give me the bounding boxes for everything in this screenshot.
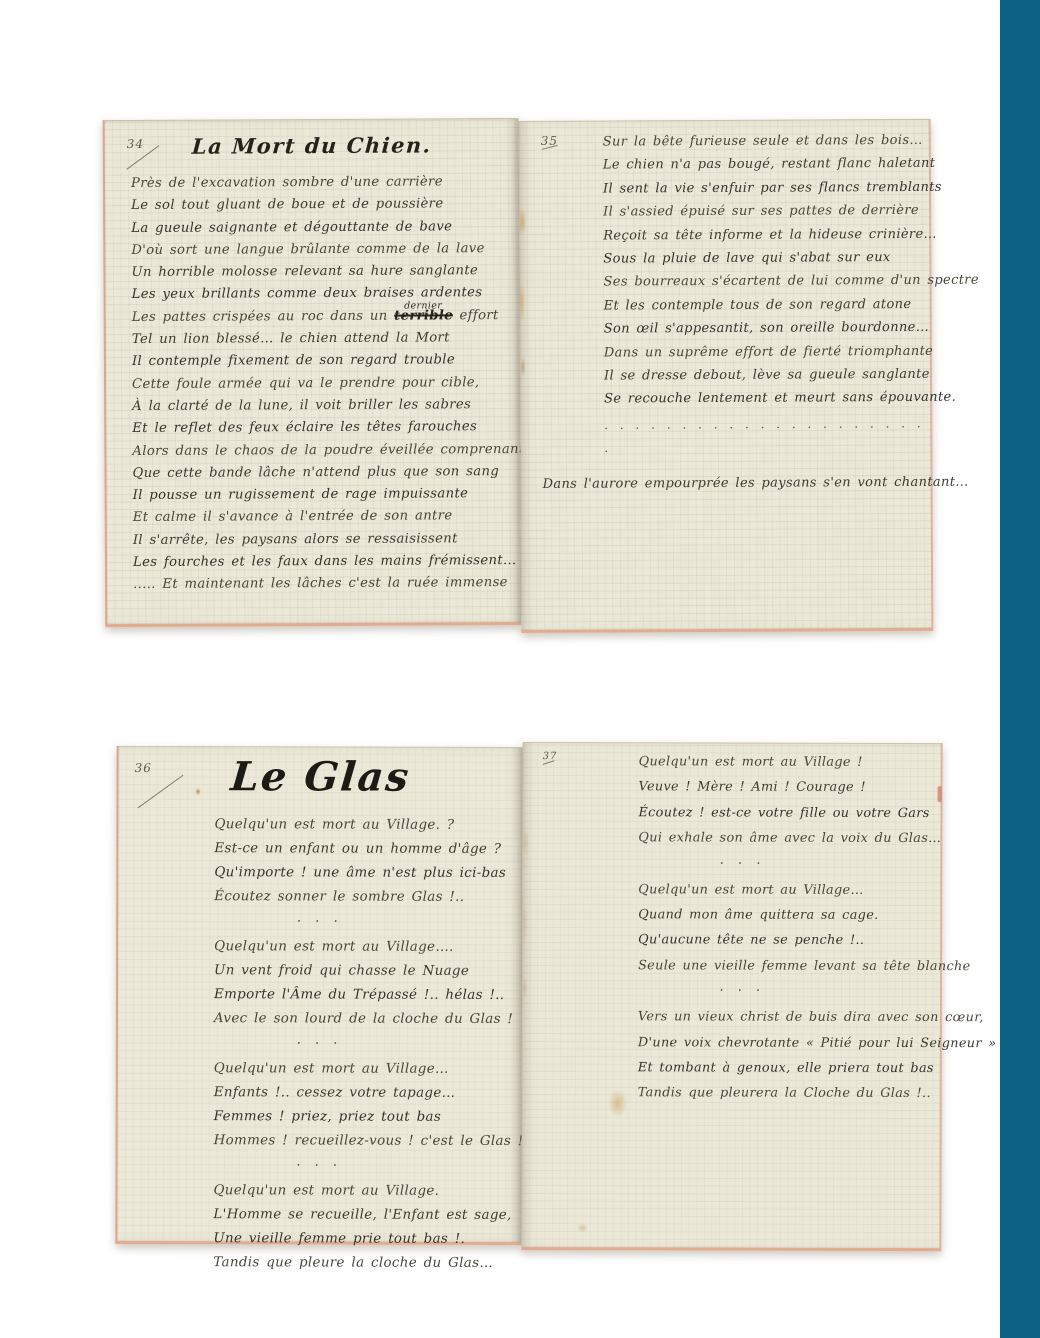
poem-line: Et calme il s'avance à l'entrée de son a… bbox=[133, 505, 513, 529]
poem-line: Seule une vieille femme levant sa tête b… bbox=[638, 953, 936, 979]
stanza: Quelqu'un est mort au Village… Enfants !… bbox=[214, 1057, 516, 1154]
poem-line: Se recouche lentement et meurt sans épou… bbox=[604, 386, 926, 411]
poem-line: Et les contemple tous de son regard aton… bbox=[604, 293, 926, 318]
poem-line: Les fourches et les faux dans les mains … bbox=[133, 550, 513, 574]
paper-stain bbox=[604, 1083, 632, 1123]
stanza-separator: · · · bbox=[214, 909, 425, 936]
page-number: 35 bbox=[541, 134, 558, 148]
stanza-separator: · · · bbox=[214, 1031, 425, 1058]
poem-line: Qu'aucune tête ne se penche !.. bbox=[638, 928, 936, 954]
poem-line: Et le reflet des feux éclaire les têtes … bbox=[132, 416, 512, 440]
manuscript-page-37: 37 Quelqu'un est mort au Village ! Veuve… bbox=[521, 742, 942, 1251]
poem-line: Femmes ! priez, priez tout bas bbox=[214, 1105, 516, 1130]
closing-line: Dans l'aurore empourprée les paysans s'e… bbox=[543, 471, 927, 496]
poem-line: Quelqu'un est mort au Village. ? bbox=[214, 813, 516, 838]
poem-line: Quelqu'un est mort au Village… bbox=[638, 877, 936, 903]
poem-line: Un horrible molosse relevant sa hure san… bbox=[131, 260, 511, 284]
stanza: Quelqu'un est mort au Village… Quand mon… bbox=[638, 877, 936, 979]
poem-line: Tandis que pleurera la Cloche du Glas !.… bbox=[638, 1081, 936, 1107]
poem-body: Quelqu'un est mort au Village. ? Est-ce … bbox=[213, 813, 516, 1276]
poem-line: Emporte l'Âme du Trépassé !.. hélas !.. bbox=[214, 983, 516, 1008]
stanza-separator: · · · bbox=[214, 1153, 425, 1180]
poem-line: Près de l'excavation sombre d'une carriè… bbox=[131, 171, 511, 195]
manuscript-page-34: 34 La Mort du Chien. Près de l'excavatio… bbox=[103, 118, 522, 627]
poem-line: Un vent froid qui chasse le Nuage bbox=[214, 959, 516, 984]
stanza: Quelqu'un est mort au Village…. Un vent … bbox=[214, 935, 516, 1032]
poem-line: Veuve ! Mère ! Ami ! Courage ! bbox=[639, 775, 937, 801]
poem-line: Enfants !.. cessez votre tapage… bbox=[214, 1081, 516, 1106]
poem-body: Quelqu'un est mort au Village ! Veuve ! … bbox=[638, 749, 937, 1107]
edited-line: Les pattes crispées au roc dans un derni… bbox=[132, 305, 512, 329]
edited-line-suffix: effort bbox=[453, 308, 499, 323]
red-edge-mark bbox=[938, 786, 942, 802]
poem-line: Quelqu'un est mort au Village. bbox=[213, 1179, 515, 1204]
poem-line: Est-ce un enfant ou un homme d'âge ? bbox=[214, 837, 516, 862]
poem-line: Et tombant à genoux, elle priera tout ba… bbox=[638, 1055, 936, 1081]
poem-line: Il contemple fixement de son regard trou… bbox=[132, 349, 512, 373]
stanza-separator: · · · bbox=[638, 851, 847, 878]
teal-band bbox=[1000, 0, 1040, 1338]
poem-body: Sur la bête furieuse seule et dans les b… bbox=[603, 129, 927, 496]
poem-line: Dans un suprême effort de fierté triomph… bbox=[604, 340, 926, 365]
poem-line: Quelqu'un est mort au Village… bbox=[214, 1057, 516, 1082]
inserted-word: dernier bbox=[404, 295, 442, 317]
poem-line: Son œil s'appesantit, son oreille bourdo… bbox=[604, 316, 926, 341]
poem-title: Le Glas bbox=[116, 753, 524, 801]
poem-line: Une vieille femme prie tout bas !. bbox=[213, 1227, 515, 1252]
manuscript-page-36: 36 Le Glas Quelqu'un est mort au Village… bbox=[115, 746, 522, 1245]
poem-line: Tandis que pleure la cloche du Glas… bbox=[213, 1251, 515, 1276]
edited-line-prefix: Les pattes crispées au roc dans un bbox=[132, 308, 395, 324]
poem-line: D'où sort une langue brûlante comme de l… bbox=[131, 238, 511, 262]
poem-line: La gueule saignante et dégouttante de ba… bbox=[131, 216, 511, 240]
poem-line: À la clarté de la lune, il voit briller … bbox=[132, 394, 512, 418]
poem-line: Sur la bête furieuse seule et dans les b… bbox=[603, 129, 925, 154]
poem-line: ..... Et maintenant les lâches c'est la … bbox=[133, 572, 513, 596]
poem-line: Vers un vieux christ de buis dira avec s… bbox=[638, 1005, 936, 1031]
paper-stain bbox=[573, 1221, 591, 1235]
poem-line: Hommes ! recueillez-vous ! c'est le Glas… bbox=[214, 1129, 516, 1154]
poem-line: Cette foule armée qui va le prendre pour… bbox=[132, 372, 512, 396]
poem-line: Sous la pluie de lave qui s'abat sur eux bbox=[603, 246, 925, 271]
poem-line: Écoutez sonner le sombre Glas !.. bbox=[214, 885, 516, 910]
stanza: Quelqu'un est mort au Village ! Veuve ! … bbox=[638, 749, 936, 851]
poem-line: Tel un lion blessé… le chien attend la M… bbox=[132, 327, 512, 351]
poem-line: Avec le son lourd de la cloche du Glas ! bbox=[214, 1007, 516, 1032]
stanza: Quelqu'un est mort au Village. L'Homme s… bbox=[213, 1179, 515, 1276]
stanza-separator: · · · bbox=[638, 979, 847, 1006]
poem-line: Le chien n'a pas bougé, restant flanc ha… bbox=[603, 152, 925, 177]
poem-line: Quelqu'un est mort au Village…. bbox=[214, 935, 516, 960]
poem-line: Qu'importe ! une âme n'est plus ici-bas bbox=[214, 861, 516, 886]
poem-line: Quand mon âme quittera sa cage. bbox=[638, 902, 936, 928]
notebook-spread-top: 34 La Mort du Chien. Près de l'excavatio… bbox=[103, 116, 934, 635]
stanza: Vers un vieux christ de buis dira avec s… bbox=[638, 1005, 936, 1107]
poem-line: Il pousse un rugissement de rage impuiss… bbox=[133, 483, 513, 507]
poem-line: Ses bourreaux s'écartent de lui comme d'… bbox=[603, 269, 925, 294]
poem-line: Qui exhale son âme avec la voix du Glas… bbox=[638, 826, 936, 852]
poem-line: Il s'assied épuisé sur ses pattes de der… bbox=[603, 199, 925, 224]
poem-line: Reçoit sa tête informe et la hideuse cri… bbox=[603, 222, 925, 247]
poem-line: Il s'arrête, les paysans alors se ressai… bbox=[133, 528, 513, 552]
poem-line: L'Homme se recueille, l'Enfant est sage, bbox=[213, 1203, 515, 1228]
poem-line: Alors dans le chaos de la poudre éveillé… bbox=[132, 439, 512, 463]
photo-background: 34 La Mort du Chien. Près de l'excavatio… bbox=[0, 0, 1040, 1338]
poem-line: Le sol tout gluant de boue et de poussiè… bbox=[131, 193, 511, 217]
poem-line: Il sent la vie s'enfuir par ses flancs t… bbox=[603, 176, 925, 201]
poem-line: D'une voix chevrotante « Pitié pour lui … bbox=[638, 1030, 936, 1056]
poem-line: Il se dresse debout, lève sa gueule sang… bbox=[604, 363, 926, 388]
poem-title: La Mort du Chien. bbox=[104, 132, 520, 159]
poem-body: Près de l'excavation sombre d'une carriè… bbox=[131, 171, 513, 597]
poem-line: Les yeux brillants comme deux braises ar… bbox=[132, 283, 512, 307]
dotted-separator: · · · · · · · · · · · · · · · · · · · · … bbox=[604, 416, 926, 464]
stanza: Quelqu'un est mort au Village. ? Est-ce … bbox=[214, 813, 516, 910]
notebook-spread-bottom: 36 Le Glas Quelqu'un est mort au Village… bbox=[115, 741, 942, 1251]
poem-line: Quelqu'un est mort au Village ! bbox=[639, 749, 937, 775]
poem-line: Écoutez ! est-ce votre fille ou votre Ga… bbox=[638, 800, 936, 826]
manuscript-page-35: 35 Sur la bête furieuse seule et dans le… bbox=[519, 119, 934, 633]
page-number: 37 bbox=[543, 751, 558, 762]
poem-line: Que cette bande lâche n'attend plus que … bbox=[132, 461, 512, 485]
edit-wrap: dernierterrible bbox=[394, 305, 453, 328]
